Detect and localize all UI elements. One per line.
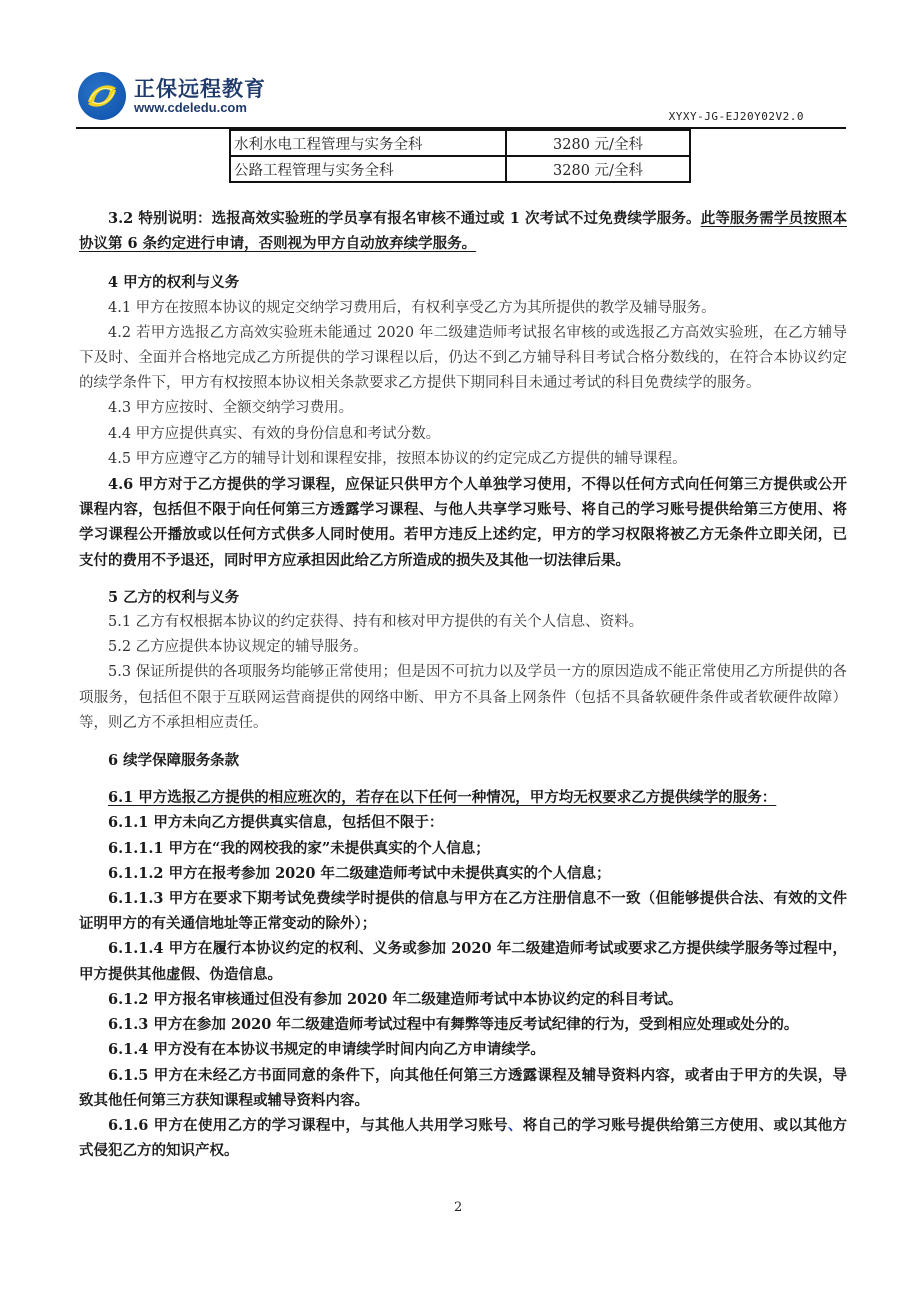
clause-4-1: 4.1 甲方在按照本协议的规定交纳学习费用后，有权利享受乙方为其所提供的教学及辅…: [79, 296, 847, 321]
clause-6-1-5: 6.1.5 甲方在未经乙方书面同意的条件下，向其他任何第三方透露课程及辅导资料内…: [79, 1063, 847, 1113]
clause-6-1-1-1: 6.1.1.1 甲方在“我的网校我的家”未提供真实的个人信息；: [79, 836, 847, 861]
clause-6-1-1-2: 6.1.1.2 甲方在报考参加 2020 年二级建造师考试中未提供真实的个人信息…: [79, 861, 847, 886]
clause-4-2: 4.2 若甲方选报乙方高效实验班未能通过 2020 年二级建造师考试报名审核的或…: [79, 321, 847, 397]
clause-4-5: 4.5 甲方应遵守乙方的辅导计划和课程安排，按照本协议的约定完成乙方提供的辅导课…: [79, 447, 847, 472]
clause-6-1-2: 6.1.2 甲方报名审核通过但没有参加 2020 年二级建造师考试中本协议约定的…: [79, 987, 847, 1012]
clause-6-1: 6.1 甲方选报乙方提供的相应班次的，若存在以下任何一种情况，甲方均无权要求乙方…: [79, 785, 847, 810]
clause-6-1-6-mark: 、: [508, 1117, 523, 1134]
brand-name: 正保远程教育: [134, 73, 266, 103]
clause-5-3: 5.3 保证所提供的各项服务均能够正常使用；但是因不可抗力以及学员一方的原因造成…: [79, 660, 847, 736]
clause-6-1-3: 6.1.3 甲方在参加 2020 年二级建造师考试过程中有舞弊等违反考试纪律的行…: [79, 1012, 847, 1037]
clause-6-1-4: 6.1.4 甲方没有在本协议书规定的申请续学时间内向乙方申请续学。: [79, 1037, 847, 1062]
document-header: 正保远程教育 www.cdeledu.com XYXY-JG-EJ20Y02V2…: [76, 70, 846, 130]
table-row: 公路工程管理与实务全科 3280 元/全科: [230, 156, 690, 182]
clause-5-1: 5.1 乙方有权根据本协议的约定获得、持有和核对甲方提供的有关个人信息、资料。: [79, 610, 847, 635]
clause-6-1-1: 6.1.1 甲方未向乙方提供真实信息，包括但不限于：: [79, 810, 847, 835]
page-number: 2: [454, 1200, 462, 1215]
clause-6-1-6-part1: 6.1.6 甲方在使用乙方的学习课程中，与其他人共用学习账号: [108, 1117, 508, 1134]
clause-3-2: 3.2 特别说明：选报高效实验班的学员享有报名审核不通过或 1 次考试不过免费续…: [79, 206, 847, 256]
clause-6-1-6: 6.1.6 甲方在使用乙方的学习课程中，与其他人共用学习账号、将自己的学习账号提…: [79, 1113, 847, 1163]
price-cell: 3280 元/全科: [506, 156, 690, 182]
subject-cell: 水利水电工程管理与实务全科: [230, 130, 506, 156]
clause-4-6: 4.6 甲方对于乙方提供的学习课程，应保证只供甲方个人单独学习使用，不得以任何方…: [79, 472, 847, 573]
fee-table: 水利水电工程管理与实务全科 3280 元/全科 公路工程管理与实务全科 3280…: [229, 129, 691, 183]
clause-5-2: 5.2 乙方应提供本协议规定的辅导服务。: [79, 635, 847, 660]
section-4-title: 4 甲方的权利与义务: [79, 270, 847, 295]
clause-6-1-1-4: 6.1.1.4 甲方在履行本协议约定的权利、义务或参加 2020 年二级建造师考…: [79, 936, 847, 986]
clause-6-1-1-3: 6.1.1.3 甲方在要求下期考试免费续学时提供的信息与甲方在乙方注册信息不一致…: [79, 886, 847, 936]
document-code: XYXY-JG-EJ20Y02V2.0: [669, 110, 804, 123]
clause-4-3: 4.3 甲方应按时、全额交纳学习费用。: [79, 396, 847, 421]
price-cell: 3280 元/全科: [506, 130, 690, 156]
section-6-title: 6 续学保障服务条款: [79, 748, 847, 773]
section-5-title: 5 乙方的权利与义务: [79, 585, 847, 610]
table-row: 水利水电工程管理与实务全科 3280 元/全科: [230, 130, 690, 156]
brand-url: www.cdeledu.com: [134, 100, 247, 115]
subject-cell: 公路工程管理与实务全科: [230, 156, 506, 182]
clause-3-2-lead: 3.2 特别说明：选报高效实验班的学员享有报名审核不通过或 1 次考试不过免费续…: [108, 210, 701, 227]
swirl-logo-icon: [78, 72, 126, 120]
clause-4-4: 4.4 甲方应提供真实、有效的身份信息和考试分数。: [79, 422, 847, 447]
document-body: 3.2 特别说明：选报高效实验班的学员享有报名审核不通过或 1 次考试不过免费续…: [79, 206, 847, 1163]
clause-6-1-text: 6.1 甲方选报乙方提供的相应班次的，若存在以下任何一种情况，甲方均无权要求乙方…: [108, 789, 776, 806]
